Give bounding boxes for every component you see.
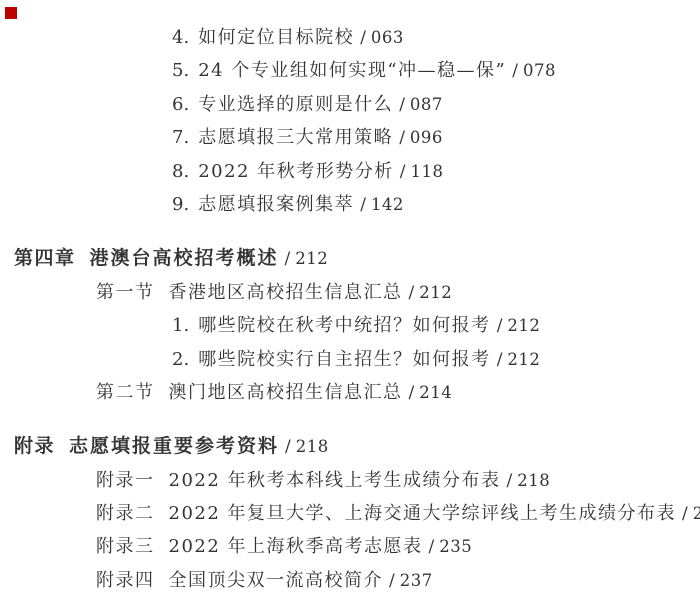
entry-title: 专业选择的原则是什么: [198, 94, 393, 115]
section-title: 澳门地区高校招生信息汇总: [169, 382, 403, 403]
appendix-item-label: 附录二: [96, 503, 155, 524]
entry-title: 哪些院校实行自主招生？如何报考: [198, 349, 491, 370]
toc-entry: 6.专业选择的原则是什么/087: [0, 88, 700, 121]
entry-page-number: 078: [523, 61, 556, 80]
entry-page-number: 096: [410, 128, 443, 147]
appendix-item-label: 附录三: [96, 536, 155, 557]
toc-entry: 8.2022 年秋考形势分析/118: [0, 155, 700, 188]
toc-group-appendix: 附录志愿填报重要参考资料/218 附录一2022 年秋考本科线上考生成绩分布表/…: [0, 430, 700, 597]
section-title: 香港地区高校招生信息汇总: [169, 282, 403, 303]
entry-title: 哪些院校在秋考中统招？如何报考: [198, 315, 491, 336]
toc-appendix-entry: 附录二2022 年复旦大学、上海交通大学综评线上考生成绩分布表/232: [0, 497, 700, 530]
toc-group-chapter4: 第四章港澳台高校招考概述/212 第一节香港地区高校招生信息汇总/212 1.哪…: [0, 242, 700, 409]
entry-page-number: 232: [693, 504, 700, 523]
toc-appendix-heading: 附录志愿填报重要参考资料/218: [0, 430, 700, 463]
entry-separator: /: [400, 162, 406, 182]
entry-number: 7.: [172, 127, 189, 148]
toc-section-entry: 第一节香港地区高校招生信息汇总/212: [0, 276, 700, 309]
entry-page-number: 218: [517, 471, 550, 490]
toc-appendix-entry: 附录一2022 年秋考本科线上考生成绩分布表/218: [0, 464, 700, 497]
entry-separator: /: [360, 195, 366, 215]
entry-page-number: 214: [419, 383, 452, 402]
toc-appendix-entry: 附录四全国顶尖双一流高校简介/237: [0, 564, 700, 597]
entry-title: 志愿填报三大常用策略: [198, 127, 393, 148]
entry-page-number: 142: [371, 195, 404, 214]
appendix-item-label: 附录一: [96, 470, 155, 491]
toc-entry: 4.如何定位目标院校/063: [0, 21, 700, 54]
entry-page-number: 087: [410, 95, 443, 114]
toc-entry: 5.24 个专业组如何实现“冲—稳—保”/078: [0, 54, 700, 87]
entry-page-number: 212: [507, 350, 540, 369]
entry-separator: /: [512, 61, 518, 81]
entry-page-number: 118: [410, 162, 443, 181]
entry-page-number: 063: [371, 28, 404, 47]
chapter-label: 第四章: [14, 247, 76, 269]
entry-number: 6.: [172, 94, 189, 115]
table-of-contents: 4.如何定位目标院校/063 5.24 个专业组如何实现“冲—稳—保”/078 …: [0, 0, 700, 597]
entry-separator: /: [285, 249, 291, 269]
appendix-item-title: 全国顶尖双一流高校简介: [169, 570, 384, 591]
toc-chapter-heading: 第四章港澳台高校招考概述/212: [0, 242, 700, 275]
entry-separator: /: [399, 95, 405, 115]
entry-separator: /: [285, 437, 291, 457]
appendix-label: 附录: [14, 435, 55, 457]
entry-separator: /: [409, 283, 415, 303]
entry-separator: /: [399, 128, 405, 148]
toc-entry: 7.志愿填报三大常用策略/096: [0, 121, 700, 154]
entry-separator: /: [507, 471, 513, 491]
entry-separator: /: [389, 571, 395, 591]
entry-page-number: 218: [296, 437, 329, 456]
entry-separator: /: [682, 504, 688, 524]
appendix-title: 志愿填报重要参考资料: [69, 435, 279, 457]
toc-entry: 9.志愿填报案例集萃/142: [0, 188, 700, 221]
toc-entry: 2.哪些院校实行自主招生？如何报考/212: [0, 343, 700, 376]
toc-group-chapter3-items: 4.如何定位目标院校/063 5.24 个专业组如何实现“冲—稳—保”/078 …: [0, 21, 700, 221]
entry-page-number: 212: [295, 249, 328, 268]
entry-number: 5.: [172, 60, 189, 81]
toc-appendix-entry: 附录三2022 年上海秋季高考志愿表/235: [0, 530, 700, 563]
entry-title: 24 个专业组如何实现“冲—稳—保”: [198, 60, 506, 81]
entry-separator: /: [429, 537, 435, 557]
appendix-item-title: 2022 年上海秋季高考志愿表: [169, 536, 423, 557]
appendix-item-title: 2022 年秋考本科线上考生成绩分布表: [169, 470, 501, 491]
entry-title: 志愿填报案例集萃: [198, 194, 354, 215]
entry-number: 4.: [172, 27, 189, 48]
entry-number: 1.: [172, 315, 189, 336]
entry-number: 9.: [172, 194, 189, 215]
toc-section-entry: 第二节澳门地区高校招生信息汇总/214: [0, 376, 700, 409]
entry-title: 2022 年秋考形势分析: [198, 161, 394, 182]
section-label: 第一节: [96, 282, 155, 303]
section-label: 第二节: [96, 382, 155, 403]
chapter-title: 港澳台高校招考概述: [90, 247, 279, 269]
entry-page-number: 212: [419, 283, 452, 302]
entry-number: 8.: [172, 161, 189, 182]
entry-separator: /: [360, 28, 366, 48]
entry-number: 2.: [172, 349, 189, 370]
entry-separator: /: [497, 350, 503, 370]
entry-page-number: 212: [507, 316, 540, 335]
appendix-item-label: 附录四: [96, 570, 155, 591]
entry-page-number: 235: [439, 537, 472, 556]
entry-page-number: 237: [400, 571, 433, 590]
entry-separator: /: [409, 383, 415, 403]
entry-separator: /: [497, 316, 503, 336]
appendix-item-title: 2022 年复旦大学、上海交通大学综评线上考生成绩分布表: [169, 503, 677, 524]
red-corner-marker: [5, 7, 17, 19]
entry-title: 如何定位目标院校: [198, 27, 354, 48]
toc-entry: 1.哪些院校在秋考中统招？如何报考/212: [0, 309, 700, 342]
